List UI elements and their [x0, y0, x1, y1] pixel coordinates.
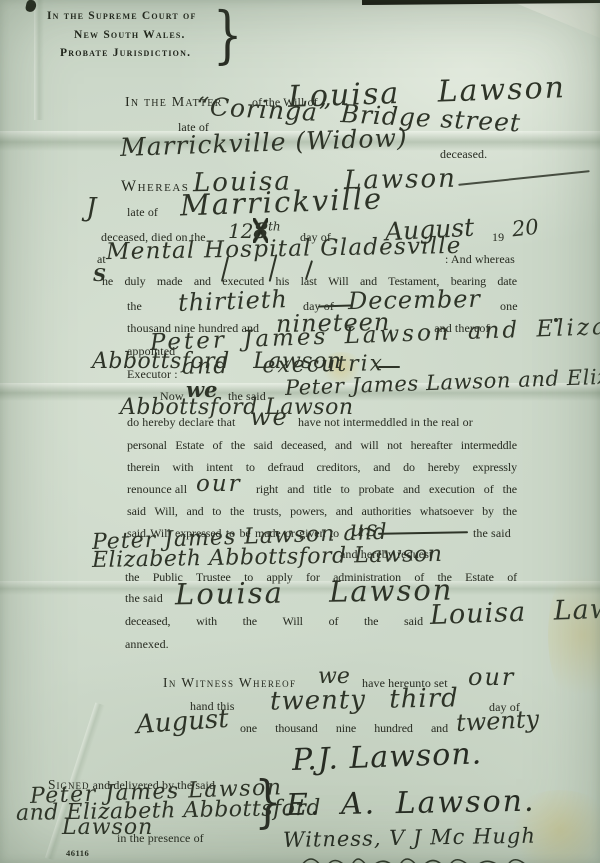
deceased-name2-handwritten: Louisa Lawson [430, 594, 600, 629]
we2-handwritten: we [250, 405, 289, 429]
deceased-label: deceased. [440, 147, 487, 162]
renounce-label: renounce all [127, 482, 187, 497]
attestation-month-handwritten: August [135, 706, 229, 738]
annexed-label: annexed. [125, 637, 169, 652]
page-corner-fold [508, 0, 600, 38]
declare-label: do hereby declare that [127, 415, 235, 430]
declare-rest: have not intermeddled in the real or [298, 415, 473, 430]
one-label: one [500, 299, 518, 314]
court-header-line-1: In the Supreme Court of [47, 10, 197, 22]
attestation-year-printed: one thousand nine hundred and [240, 721, 448, 736]
late-of-label-2: late of [127, 205, 158, 220]
presence-label: in the presence of [117, 831, 204, 846]
attestation-year-handwritten: twenty [455, 707, 539, 735]
our-handwritten: our [196, 473, 242, 496]
pen-flourish [378, 366, 400, 368]
therein-line: therein with intent to defraud creditors… [127, 460, 517, 475]
pen-flourish [318, 304, 352, 307]
the-said-label-3: the said [125, 591, 163, 606]
margin-mark-handwritten: J [86, 195, 96, 221]
execution-brace: } [254, 770, 281, 835]
paper-crease [34, 0, 44, 120]
trusts-line: said Will, and to the trusts, powers, an… [127, 504, 517, 519]
and-whereas-label: : And whereas [445, 252, 515, 267]
will-day-handwritten: thirtieth [178, 287, 289, 315]
pen-flourish [458, 170, 589, 186]
the-label: the [127, 299, 142, 314]
personal-estate-line: personal Estate of the said deceased, an… [127, 438, 517, 453]
court-header-line-2: New South Wales. [74, 29, 186, 41]
with-will-line: deceased, with the Will of the said [125, 614, 423, 629]
names4-handwritten: Elizabeth Abbottsford Lawson [92, 544, 443, 572]
death-year-handwritten: 20 [511, 217, 540, 241]
ink-blot [25, 0, 37, 13]
address2-handwritten: Marrickville (Widow) [120, 125, 408, 160]
deceased-name-handwritten: Louisa Lawson [175, 576, 454, 610]
the-said-label-2: the said [473, 526, 511, 541]
year-19-printed: 19 [492, 230, 504, 245]
paper-stain [548, 560, 600, 710]
residence-handwritten: Marrickville [180, 184, 384, 220]
court-header-line-3: Probate Jurisdiction. [60, 47, 191, 59]
attestation-date-handwritten: twenty third [270, 685, 459, 714]
probate-renunciation-document: In the Supreme Court of New South Wales.… [0, 0, 600, 863]
death-day-suffix: th [268, 219, 281, 233]
header-brace: } [213, 0, 243, 71]
signature-ea-lawson: E. A. Lawson. [286, 787, 536, 821]
executor-label: Executor : [127, 367, 178, 382]
signature-pj-lawson: P.J. Lawson. [291, 739, 482, 776]
form-number: 46116 [66, 848, 89, 859]
signature-witness-mchugh: Witness, V J Mc Hugh [283, 826, 536, 851]
renounce-rest: right and title to probate and execution… [256, 482, 517, 497]
cutoff-handwriting-partial [300, 855, 540, 863]
witness-our-handwritten: our [468, 665, 515, 689]
pen-flourish [378, 531, 468, 535]
place-of-death-handwritten: Mental Hospital Gladesville [106, 235, 462, 264]
